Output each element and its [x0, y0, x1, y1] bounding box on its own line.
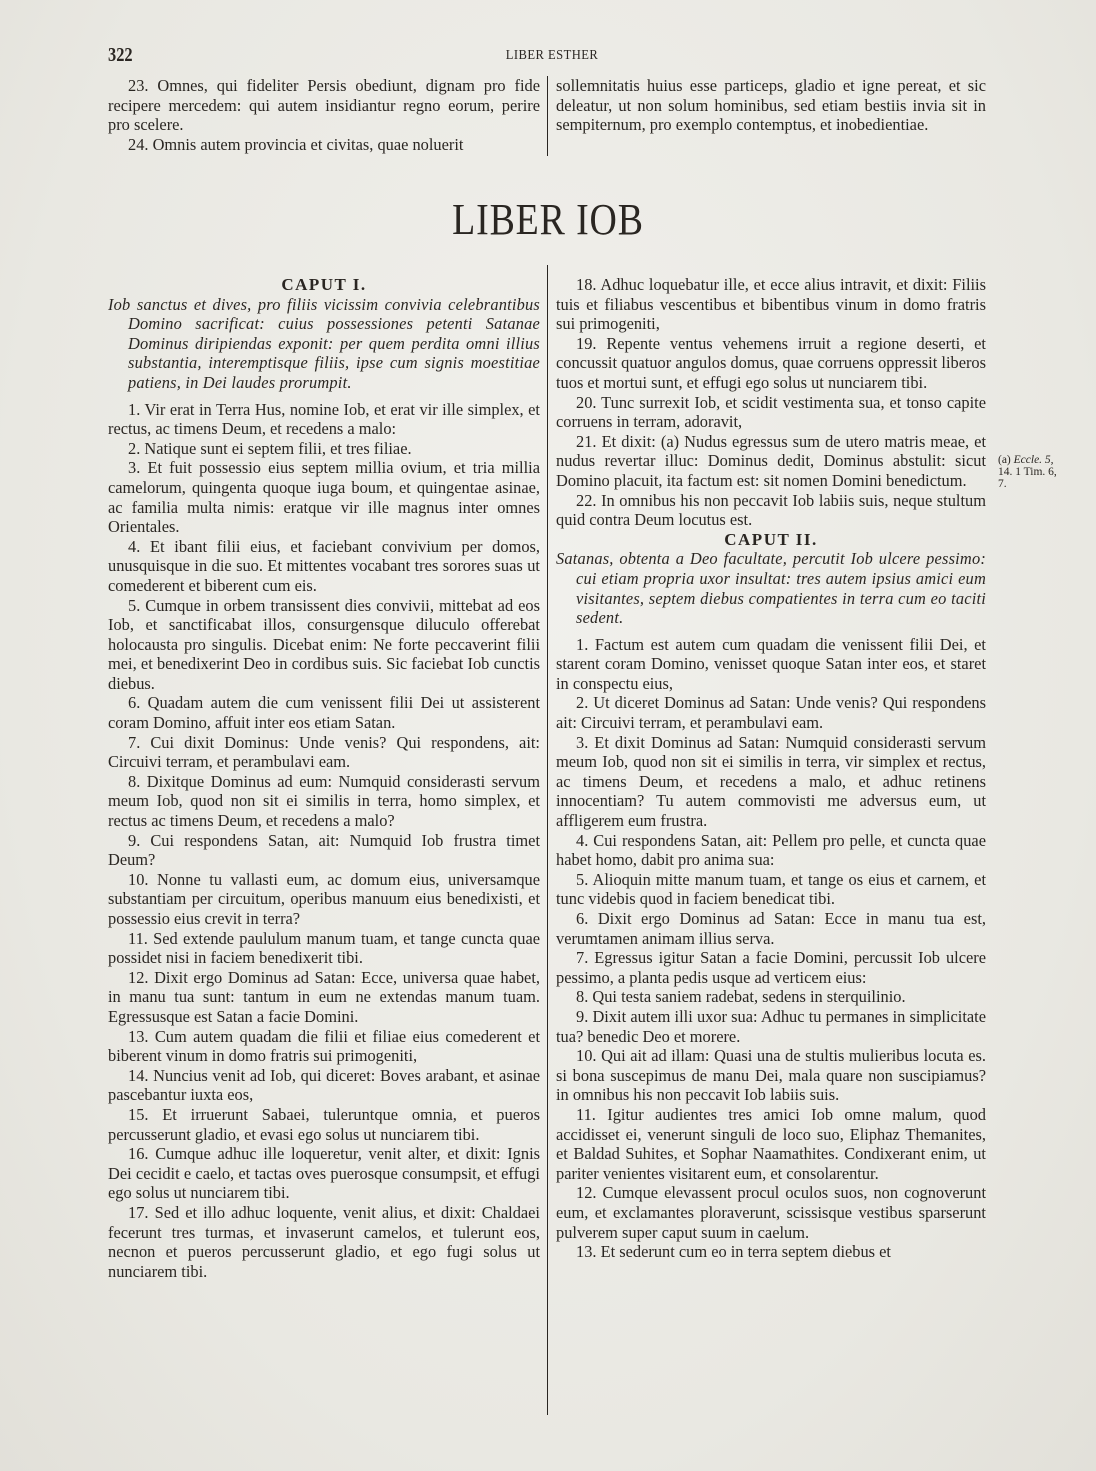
note-ref: 7.: [998, 478, 1088, 490]
verse: 13. Cum autem quadam die filii et filiae…: [108, 1027, 540, 1066]
verse: 10. Nonne tu vallasti eum, ac domum eius…: [108, 870, 540, 929]
verse: 13. Et sederunt cum eo in terra septem d…: [556, 1242, 986, 1262]
verse: 12. Dixit ergo Dominus ad Satan: Ecce, u…: [108, 968, 540, 1027]
verse: 8. Qui testa saniem radebat, sedens in s…: [556, 987, 986, 1007]
verse: 2. Ut diceret Dominus ad Satan: Unde ven…: [556, 693, 986, 732]
esther-right-column: sollemnitatis huius esse particeps, glad…: [556, 76, 986, 135]
verse: 20. Tunc surrexit Iob, et scidit vestime…: [556, 393, 986, 432]
verse: 7. Egressus igitur Satan a facie Domini,…: [556, 948, 986, 987]
running-head: 322 LIBER ESTHER: [108, 44, 996, 68]
verse: 4. Et ibant filii eius, et faciebant con…: [108, 537, 540, 596]
verse: 1. Factum est autem cum quadam die venis…: [556, 635, 986, 694]
book-title: LIBER IOB: [77, 194, 1020, 245]
verse: 3. Et fuit possessio eius septem millia …: [108, 458, 540, 536]
verse: 12. Cumque elevassent procul oculos suos…: [556, 1183, 986, 1242]
verse: 10. Qui ait ad illam: Quasi una de stult…: [556, 1046, 986, 1105]
note-ref: 14. 1 Tim. 6,: [998, 466, 1088, 478]
book-page: 322 LIBER ESTHER 23. Omnes, qui fidelite…: [0, 0, 1096, 1471]
verse: 21. Et dixit: (a) Nudus egressus sum de …: [556, 432, 986, 491]
note-ref: Eccle. 5,: [1014, 454, 1054, 466]
verse: 2. Natique sunt ei septem filii, et tres…: [108, 439, 540, 459]
column-divider: [547, 265, 548, 1415]
verse: 7. Cui dixit Dominus: Unde venis? Qui re…: [108, 733, 540, 772]
verse: 22. In omnibus his non peccavit Iob labi…: [556, 491, 986, 530]
verse: 17. Sed et illo adhuc loquente, venit al…: [108, 1203, 540, 1281]
verse: 16. Cumque adhuc ille loqueretur, venit …: [108, 1144, 540, 1203]
verse: 9. Cui respondens Satan, ait: Numquid Io…: [108, 831, 540, 870]
verse: 19. Repente ventus vehemens irruit a reg…: [556, 334, 986, 393]
verse: 5. Cumque in orbem transissent dies conv…: [108, 596, 540, 694]
chapter-summary: Satanas, obtenta a Deo facultate, percut…: [556, 549, 986, 627]
verse: 3. Et dixit Dominus ad Satan: Numquid co…: [556, 733, 986, 831]
chapter-summary: Iob sanctus et dives, pro filiis vicissi…: [108, 295, 540, 393]
verse: 23. Omnes, qui fideliter Persis obediunt…: [108, 76, 540, 135]
note-marker: (a): [998, 454, 1011, 466]
verse: 4. Cui respondens Satan, ait: Pellem pro…: [556, 831, 986, 870]
verse: 8. Dixitque Dominus ad eum: Numquid cons…: [108, 772, 540, 831]
verse: 6. Dixit ergo Dominus ad Satan: Ecce in …: [556, 909, 986, 948]
verse: 6. Quadam autem die cum venissent filii …: [108, 693, 540, 732]
chapter-heading: CAPUT I.: [108, 275, 540, 295]
esther-left-column: 23. Omnes, qui fideliter Persis obediunt…: [108, 76, 540, 154]
verse: 24. Omnis autem provincia et civitas, qu…: [108, 135, 540, 155]
verse: 5. Alioquin mitte manum tuam, et tange o…: [556, 870, 986, 909]
column-divider: [547, 76, 548, 156]
verse: 9. Dixit autem illi uxor sua: Adhuc tu p…: [556, 1007, 986, 1046]
verse-continuation: sollemnitatis huius esse particeps, glad…: [556, 76, 986, 135]
verse: 1. Vir erat in Terra Hus, nomine Iob, et…: [108, 400, 540, 439]
verse: 14. Nuncius venit ad Iob, qui diceret: B…: [108, 1066, 540, 1105]
page-number: 322: [108, 44, 133, 67]
job-right-column: 18. Adhuc loquebatur ille, et ecce alius…: [556, 275, 986, 1262]
job-left-column: CAPUT I. Iob sanctus et dives, pro filii…: [108, 275, 540, 1281]
margin-cross-reference: (a) Eccle. 5, 14. 1 Tim. 6, 7.: [998, 454, 1088, 490]
verse: 11. Sed extende paululum manum tuam, et …: [108, 929, 540, 968]
verse: 18. Adhuc loquebatur ille, et ecce alius…: [556, 275, 986, 334]
chapter-heading: CAPUT II.: [556, 530, 986, 550]
verse: 11. Igitur audientes tres amici Iob omne…: [556, 1105, 986, 1183]
verse: 15. Et irruerunt Sabaei, tuleruntque omn…: [108, 1105, 540, 1144]
running-title: LIBER ESTHER: [152, 48, 951, 64]
